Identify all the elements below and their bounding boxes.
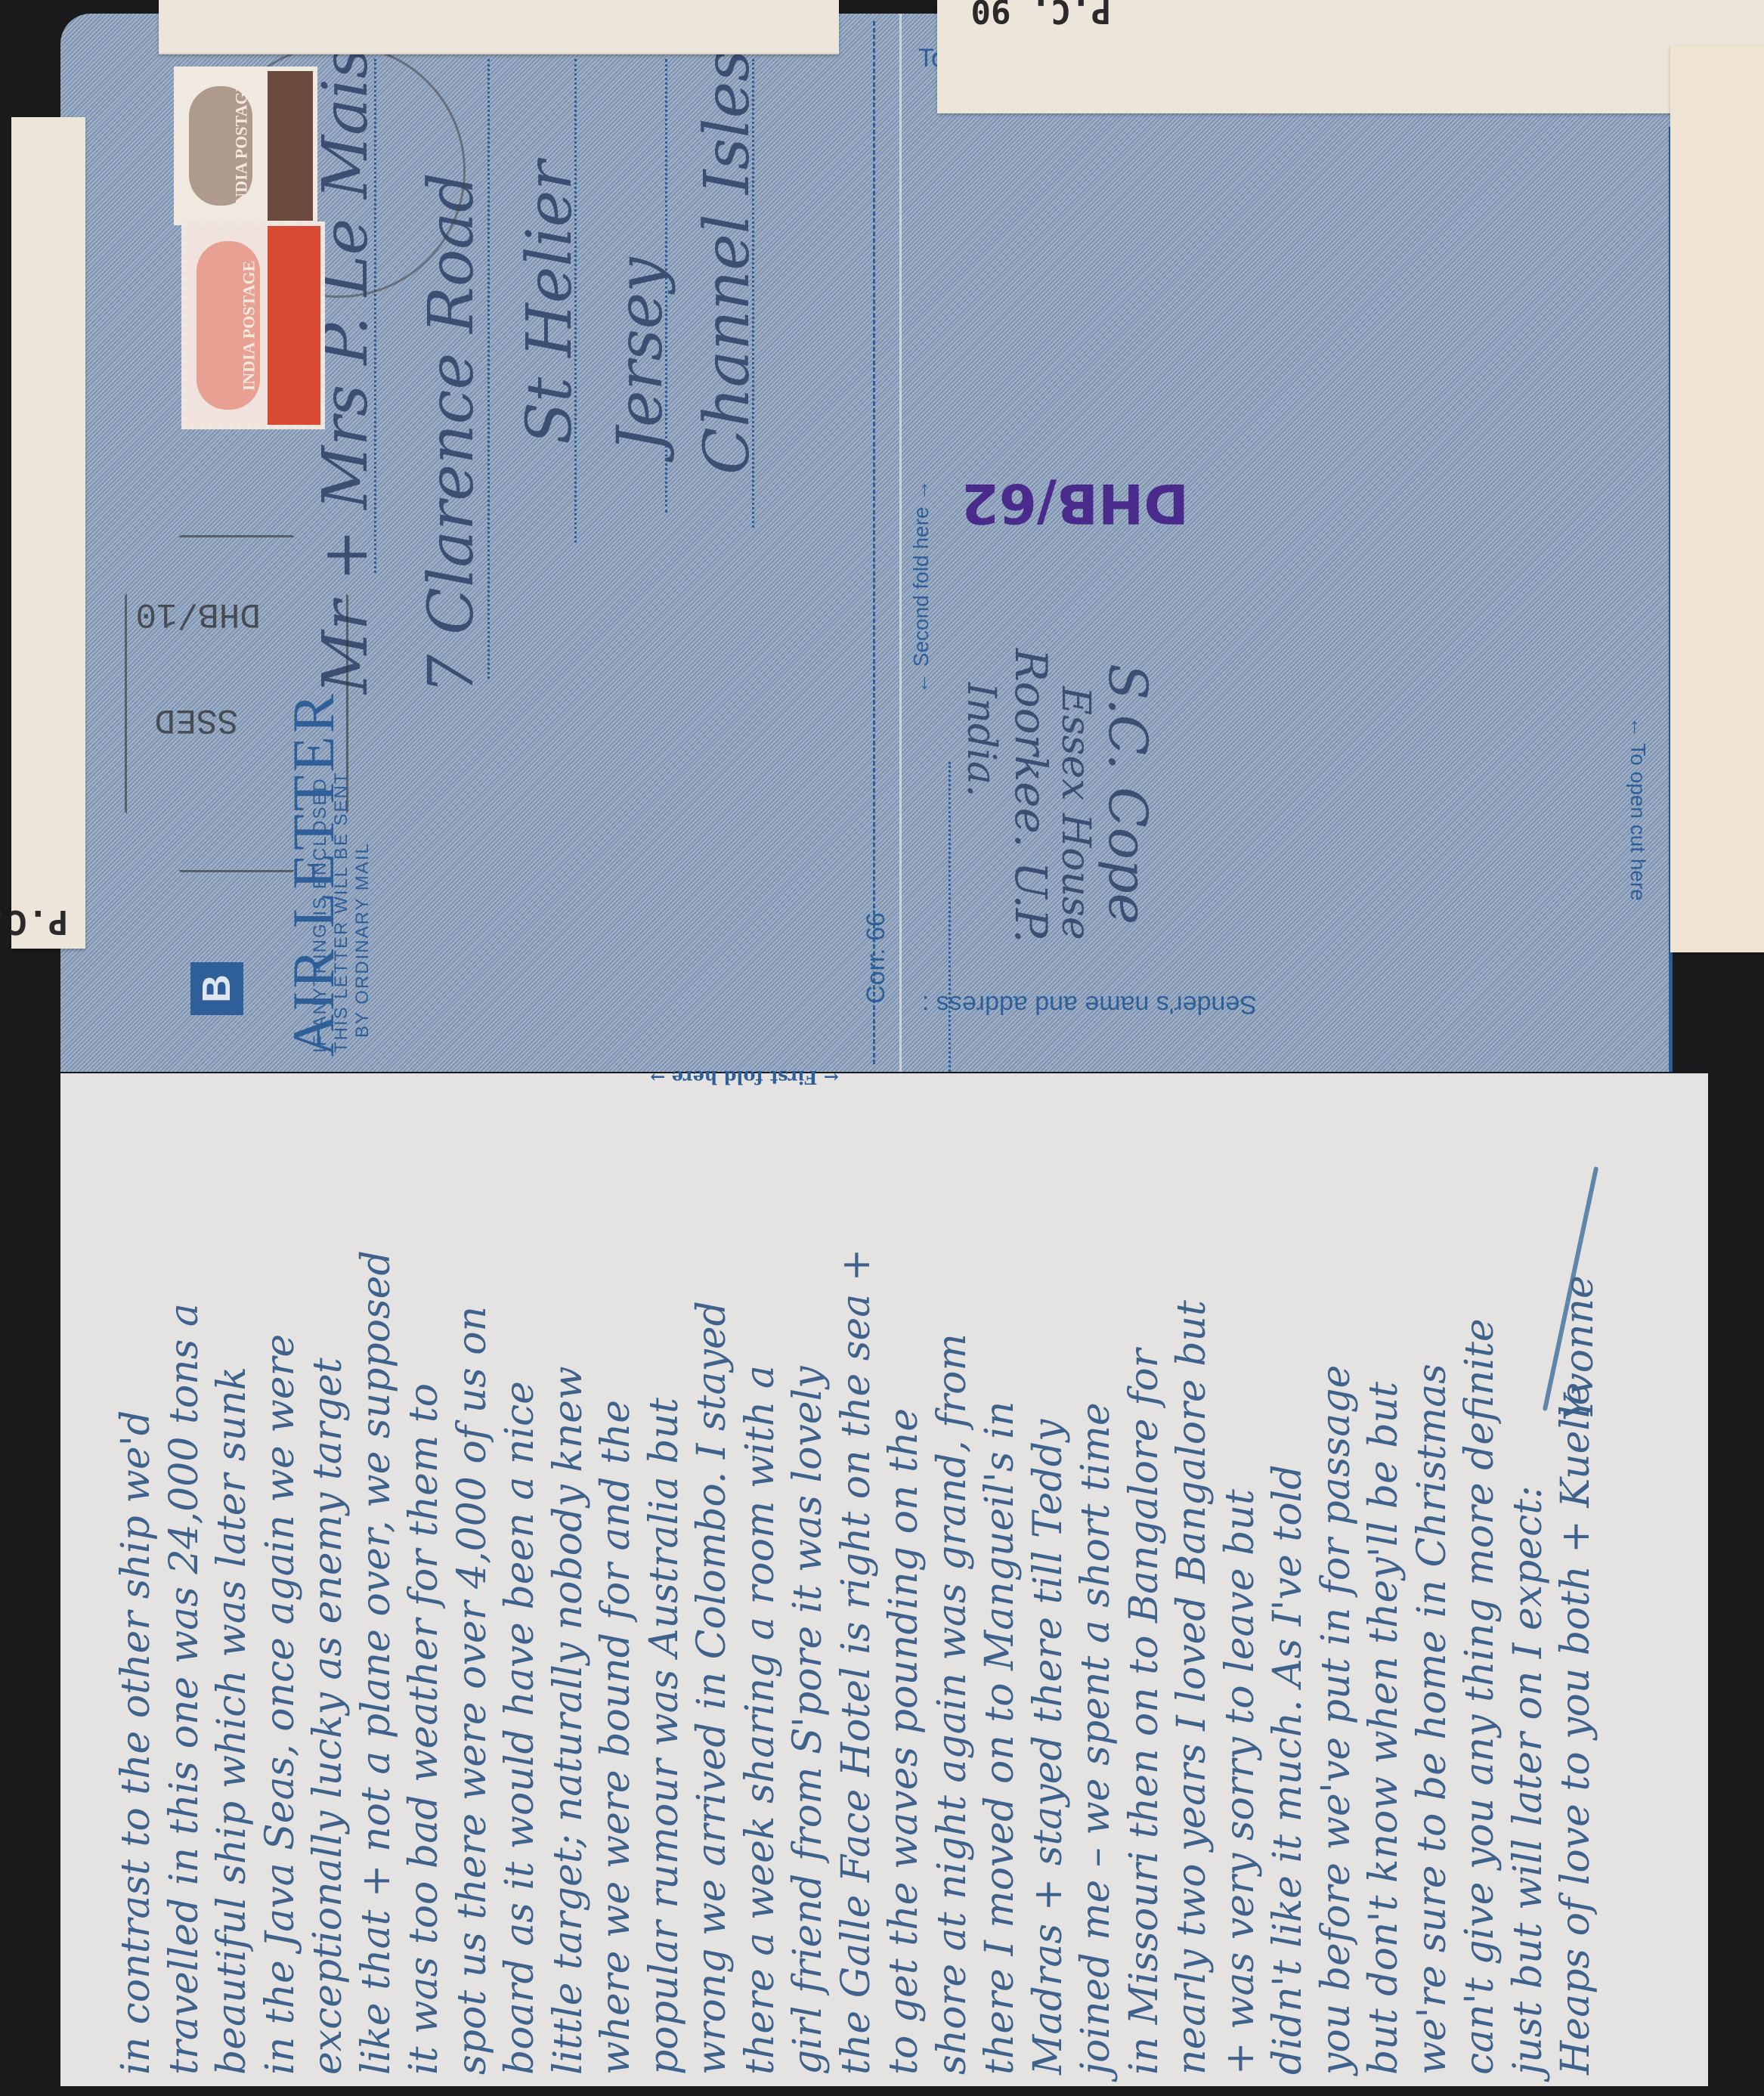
letter-line: Madras + stayed there till Teddy bbox=[1026, 1420, 1071, 2075]
letter-line: spot us there were over 4,000 of us on bbox=[450, 1306, 495, 2075]
first-fold-label: ← First fold here → bbox=[650, 1067, 839, 1088]
sender-line: Roorkee. U.P. bbox=[1005, 649, 1057, 943]
sender-label: Sender's name and address : bbox=[922, 989, 1257, 1019]
letter-line: little target; naturally nobody knew bbox=[546, 1366, 591, 2075]
letter-line: beautiful ship which was later sunk bbox=[209, 1367, 255, 2075]
letter-line: we're sure to be home in Christmas bbox=[1410, 1364, 1455, 2075]
censor-tape: P.C. 90 bbox=[937, 0, 1764, 113]
sender-line: Essex House bbox=[1053, 686, 1098, 940]
letter-line: Heaps of love to you both + Kuelle bbox=[1553, 1382, 1598, 2075]
letter-line: it was too bad weather for them to bbox=[401, 1383, 447, 2075]
letter-line: in Missouri then on to Bangalore for bbox=[1122, 1349, 1167, 2075]
letter-line: + was very sorry to leave but bbox=[1218, 1489, 1263, 2075]
letter-line: where we were bound for and the bbox=[593, 1400, 639, 2075]
letter-line: the Galle Face Hotel is right on the sea… bbox=[834, 1249, 879, 2075]
stamp-brown: INDIA POSTAGE bbox=[174, 67, 317, 225]
sender-line: India. bbox=[958, 683, 1004, 797]
sender-line: S.C. Cope bbox=[1097, 664, 1159, 924]
censor-octagon-line: DHB/10 bbox=[135, 594, 261, 633]
b-box-icon: B bbox=[190, 962, 243, 1015]
letter-line: just but will later on I expect: bbox=[1506, 1485, 1551, 2075]
censor-tape-code: P.C. 90 bbox=[971, 0, 1111, 30]
address-panel: Mr + Mrs P. Le Maistre 7 Clarence Road S… bbox=[60, 14, 1670, 1072]
letter-line: shore at night again was grand, from bbox=[930, 1333, 975, 2075]
letter-line: can't give you any thing more definite bbox=[1457, 1318, 1502, 2075]
letter-line: you before we've put in for passage bbox=[1314, 1365, 1359, 2075]
letter-line: there I moved on to Mangueil's in bbox=[977, 1401, 1023, 2075]
letter-line: there a week sharing a room with a bbox=[738, 1365, 783, 2075]
censor-tape bbox=[159, 0, 839, 54]
letter-line: nearly two years I loved Bangalore but bbox=[1169, 1300, 1215, 2075]
censor-dhb-stamp: DHB/62 bbox=[961, 472, 1189, 535]
fold-line bbox=[873, 21, 875, 1064]
letter-line: joined me – we spent a short time bbox=[1073, 1402, 1119, 2075]
censor-tape-code: P.C. 90 bbox=[0, 902, 68, 941]
air-letter-notice: BY ORDINARY MAIL bbox=[352, 842, 373, 1038]
letter-line: popular rumour was Australia but bbox=[642, 1398, 687, 2075]
censor-tape: P.C. 90 bbox=[11, 117, 85, 949]
air-letter-notice: THIS LETTER WILL BE SENT bbox=[331, 771, 352, 1053]
address-side: Mr + Mrs P. Le Maistre 7 Clarence Road S… bbox=[60, 14, 899, 1072]
censor-octagon-line: SSED bbox=[155, 700, 238, 739]
air-letter-notice: IF ANYTHING IS ENCLOSED bbox=[310, 777, 331, 1053]
letter-line: in the Java Seas, once again we were bbox=[258, 1334, 303, 2075]
recipient-line: St Helier bbox=[514, 161, 586, 444]
recipient-line: Channel Isles bbox=[692, 50, 763, 475]
sender-side: ← Second fold here → To DHB/62 S.C. Cope… bbox=[899, 14, 1673, 1072]
letter-line: board as it would have been a nice bbox=[497, 1381, 543, 2075]
letter-line: but don't know when they'll be but bbox=[1361, 1382, 1407, 2075]
recipient-line: Jersey bbox=[605, 257, 676, 452]
censor-tape bbox=[1670, 45, 1764, 952]
letter-line: didn't like it much. As I've told bbox=[1265, 1465, 1311, 2075]
letter-line: like that + not a plane over, we suppose… bbox=[354, 1250, 399, 2075]
form-code: Corr. 66 bbox=[862, 912, 891, 1004]
stamp-red: INDIA POSTAGE bbox=[181, 221, 325, 429]
second-fold-label: ← Second fold here → bbox=[909, 480, 933, 694]
letter-line: in contrast to the other ship we'd bbox=[113, 1410, 159, 2075]
address-rule bbox=[487, 59, 490, 679]
letter-line: girl friend from S'pore it was lovely bbox=[785, 1366, 831, 2075]
letter-line: to get the waves pounding on the bbox=[881, 1408, 927, 2075]
stamp-label: INDIA POSTAGE bbox=[240, 260, 259, 391]
aerogramme-sheet: Mr + Mrs P. Le Maistre 7 Clarence Road S… bbox=[45, 0, 1716, 2096]
stamp-label: INDIA POSTAGE bbox=[232, 81, 252, 212]
letter-line: exceptionally lucky as enemy target bbox=[305, 1358, 351, 2075]
open-cut-label: ← To open cut here bbox=[1626, 717, 1650, 901]
letter-line: wrong we arrived in Colombo. I stayed bbox=[689, 1301, 735, 2075]
signature: Yvonne bbox=[1557, 1275, 1602, 1421]
letter-line: travelled in this one was 24,000 tons a bbox=[162, 1303, 207, 2075]
